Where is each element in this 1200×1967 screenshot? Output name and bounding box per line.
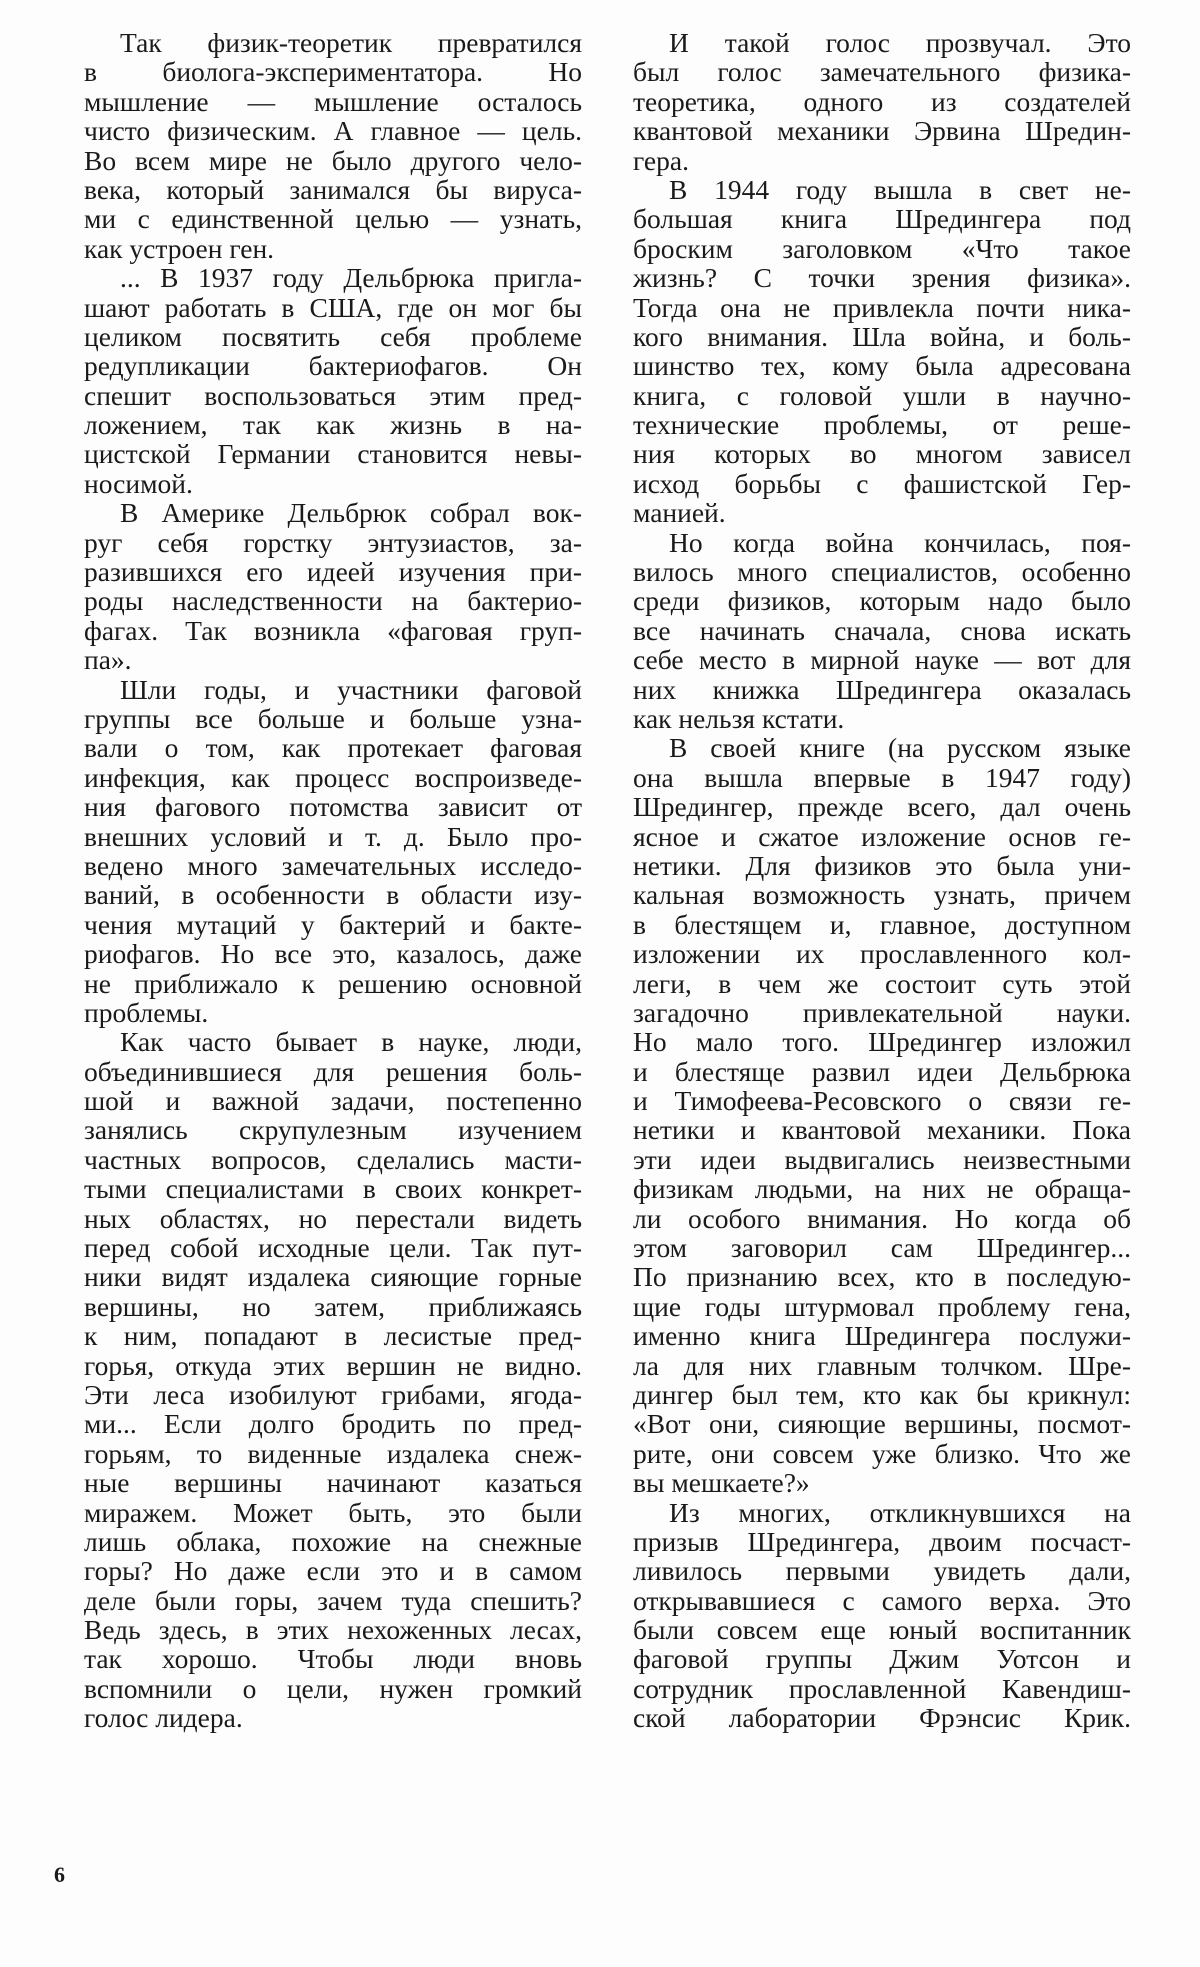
text-line: среди физиков, которым надо было — [633, 586, 1131, 615]
text-line: проблемы. — [84, 998, 582, 1027]
text-line: группы все больше и больше узна- — [84, 704, 582, 733]
text-line: горы? Но даже если это и в самом — [84, 1556, 582, 1585]
text-line: теоретика, одного из создателей — [633, 87, 1131, 116]
text-line: объединившиеся для решения боль- — [84, 1057, 582, 1086]
text-line: были совсем еще юный воспитанник — [633, 1615, 1131, 1644]
text-line: нетики и квантовой механики. Пока — [633, 1115, 1131, 1144]
text-line: «Вот они, сияющие вершины, посмот- — [633, 1409, 1131, 1438]
text-line: частных вопросов, сделались масти- — [84, 1145, 582, 1174]
text-line: деле были горы, зачем туда спешить? — [84, 1586, 582, 1615]
text-line: загадочно привлекательной науки. — [633, 998, 1131, 1027]
text-line: Во всем мире не было другого чело- — [84, 146, 582, 175]
text-line: Как часто бывает в науке, люди, — [84, 1027, 582, 1056]
text-line: технические проблемы, от реше- — [633, 410, 1131, 439]
text-line: Ведь здесь, в этих нехоженных лесах, — [84, 1615, 582, 1644]
text-line: занялись скрупулезным изучением — [84, 1115, 582, 1144]
text-line: Так физик-теоретик превратился — [84, 28, 582, 57]
text-line: призыв Шредингера, двоим посчаст- — [633, 1527, 1131, 1556]
text-line: Шредингер, прежде всего, дал очень — [633, 792, 1131, 821]
text-line: дингер был тем, кто как бы крикнул: — [633, 1380, 1131, 1409]
text-line: фагах. Так возникла «фаговая груп- — [84, 616, 582, 645]
text-line: леги, в чем же состоит суть этой — [633, 969, 1131, 998]
text-line: ... В 1937 году Дельбрюка пригла- — [84, 263, 582, 292]
text-line: нетики. Для физиков это была уни- — [633, 851, 1131, 880]
text-line: ведено много замечательных исследо- — [84, 851, 582, 880]
text-line: внешних условий и т. д. Было про- — [84, 822, 582, 851]
text-line: кальная возможность узнать, причем — [633, 880, 1131, 909]
text-line: физикам людьми, на них не обраща- — [633, 1174, 1131, 1203]
left-column: Так физик-теоретик превратилсяв биолога-… — [84, 28, 582, 1733]
text-line: па». — [84, 645, 582, 674]
text-line: лишь облака, похожие на снежные — [84, 1527, 582, 1556]
text-line: разившихся его идеей изучения при- — [84, 557, 582, 586]
text-line: мышление — мышление осталось — [84, 87, 582, 116]
text-line: квантовой механики Эрвина Шредин- — [633, 116, 1131, 145]
text-line: века, который занимался бы вируса- — [84, 175, 582, 204]
text-line: тыми специалистами в своих конкрет- — [84, 1174, 582, 1203]
text-line: сотрудник прославленной Кавендиш- — [633, 1674, 1131, 1703]
text-line: В своей книге (на русском языке — [633, 733, 1131, 762]
text-line: вилось много специалистов, особенно — [633, 557, 1131, 586]
text-line: горья, откуда этих вершин не видно. — [84, 1351, 582, 1380]
text-line: не приближало к решению основной — [84, 969, 582, 998]
page-number: 6 — [54, 1862, 65, 1888]
text-line: По признанию всех, кто в последую- — [633, 1262, 1131, 1291]
text-line: манией. — [633, 498, 1131, 527]
text-line: ложением, так как жизнь в на- — [84, 410, 582, 439]
text-line: шают работать в США, где он мог бы — [84, 293, 582, 322]
text-line: ных областях, но перестали видеть — [84, 1204, 582, 1233]
text-line: спешит воспользоваться этим пред- — [84, 381, 582, 410]
text-line: ные вершины начинают казаться — [84, 1468, 582, 1497]
text-line: В Америке Дельбрюк собрал вок- — [84, 498, 582, 527]
text-line: открывавшиеся с самого верха. Это — [633, 1586, 1131, 1615]
text-line: ния которых во многом зависел — [633, 439, 1131, 468]
text-line: и Тимофеева-Ресовского о связи ге- — [633, 1086, 1131, 1115]
text-line: вспомнили о цели, нужен громкий — [84, 1674, 582, 1703]
text-line: щие годы штурмовал проблему гена, — [633, 1292, 1131, 1321]
text-line: себе место в мирной науке — вот для — [633, 645, 1131, 674]
text-line: этом заговорил сам Шредингер... — [633, 1233, 1131, 1262]
text-line: как нельзя кстати. — [633, 704, 1131, 733]
text-line: ми... Если долго бродить по пред- — [84, 1409, 582, 1438]
text-line: так хорошо. Чтобы люди вновь — [84, 1644, 582, 1673]
text-line: в биолога-экспериментатора. Но — [84, 57, 582, 86]
text-line: именно книга Шредингера послужи- — [633, 1321, 1131, 1350]
text-line: шой и важной задачи, постепенно — [84, 1086, 582, 1115]
text-line: миражем. Может быть, это были — [84, 1498, 582, 1527]
text-line: был голос замечательного физика- — [633, 57, 1131, 86]
text-line: ми с единственной целью — узнать, — [84, 204, 582, 233]
text-line: ники видят издалека сияющие горные — [84, 1262, 582, 1291]
text-line: ния фагового потомства зависит от — [84, 792, 582, 821]
text-line: ли особого внимания. Но когда об — [633, 1204, 1131, 1233]
text-line: целиком посвятить себя проблеме — [84, 322, 582, 351]
text-line: в блестящем и, главное, доступном — [633, 910, 1131, 939]
text-line: броским заголовком «Что такое — [633, 234, 1131, 263]
text-line: фаговой группы Джим Уотсон и — [633, 1644, 1131, 1673]
text-line: ской лаборатории Фрэнсис Крик. — [633, 1703, 1131, 1732]
text-line: исход борьбы с фашистской Гер- — [633, 469, 1131, 498]
text-line: В 1944 году вышла в свет не- — [633, 175, 1131, 204]
text-line: ваний, в особенности в области изу- — [84, 880, 582, 909]
text-line: риофагов. Но все это, казалось, даже — [84, 939, 582, 968]
text-line: гера. — [633, 146, 1131, 175]
text-line: Но когда война кончилась, поя- — [633, 528, 1131, 557]
text-line: руг себя горстку энтузиастов, за- — [84, 528, 582, 557]
text-line: чения мутаций у бактерий и бакте- — [84, 910, 582, 939]
text-line: жизнь? С точки зрения физика». — [633, 263, 1131, 292]
right-column: И такой голос прозвучал. Этобыл голос за… — [633, 28, 1131, 1733]
text-line: чисто физическим. А главное — цель. — [84, 116, 582, 145]
text-line: И такой голос прозвучал. Это — [633, 28, 1131, 57]
text-line: ла для них главным толчком. Шре- — [633, 1351, 1131, 1380]
text-line: она вышла впервые в 1947 году) — [633, 763, 1131, 792]
text-line: редупликации бактериофагов. Он — [84, 351, 582, 380]
text-line: шинство тех, кому была адресована — [633, 351, 1131, 380]
text-line: большая книга Шредингера под — [633, 204, 1131, 233]
text-line: эти идеи выдвигались неизвестными — [633, 1145, 1131, 1174]
text-line: книга, с головой ушли в научно- — [633, 381, 1131, 410]
text-line: ливилось первыми увидеть дали, — [633, 1556, 1131, 1585]
text-line: роды наследственности на бактерио- — [84, 586, 582, 615]
text-line: изложении их прославленного кол- — [633, 939, 1131, 968]
text-line: вы мешкаете?» — [633, 1468, 1131, 1497]
text-line: них книжка Шредингера оказалась — [633, 675, 1131, 704]
text-line: цистской Германии становится невы- — [84, 439, 582, 468]
text-line: Шли годы, и участники фаговой — [84, 675, 582, 704]
text-line: к ним, попадают в лесистые пред- — [84, 1321, 582, 1350]
text-line: носимой. — [84, 469, 582, 498]
text-line: голос лидера. — [84, 1703, 582, 1732]
text-line: Но мало того. Шредингер изложил — [633, 1027, 1131, 1056]
text-line: как устроен ген. — [84, 234, 582, 263]
text-line: кого внимания. Шла война, и боль- — [633, 322, 1131, 351]
text-line: Тогда она не привлекла почти ника- — [633, 293, 1131, 322]
text-line: вершины, но затем, приближаясь — [84, 1292, 582, 1321]
text-line: инфекция, как процесс воспроизведе- — [84, 763, 582, 792]
text-line: Эти леса изобилуют грибами, ягода- — [84, 1380, 582, 1409]
text-line: все начинать сначала, снова искать — [633, 616, 1131, 645]
text-line: горьям, то виденные издалека снеж- — [84, 1439, 582, 1468]
text-line: рите, они совсем уже близко. Что же — [633, 1439, 1131, 1468]
text-line: Из многих, откликнувшихся на — [633, 1498, 1131, 1527]
text-line: и блестяще развил идеи Дельбрюка — [633, 1057, 1131, 1086]
text-line: вали о том, как протекает фаговая — [84, 733, 582, 762]
text-line: ясное и сжатое изложение основ ге- — [633, 822, 1131, 851]
text-line: перед собой исходные цели. Так пут- — [84, 1233, 582, 1262]
